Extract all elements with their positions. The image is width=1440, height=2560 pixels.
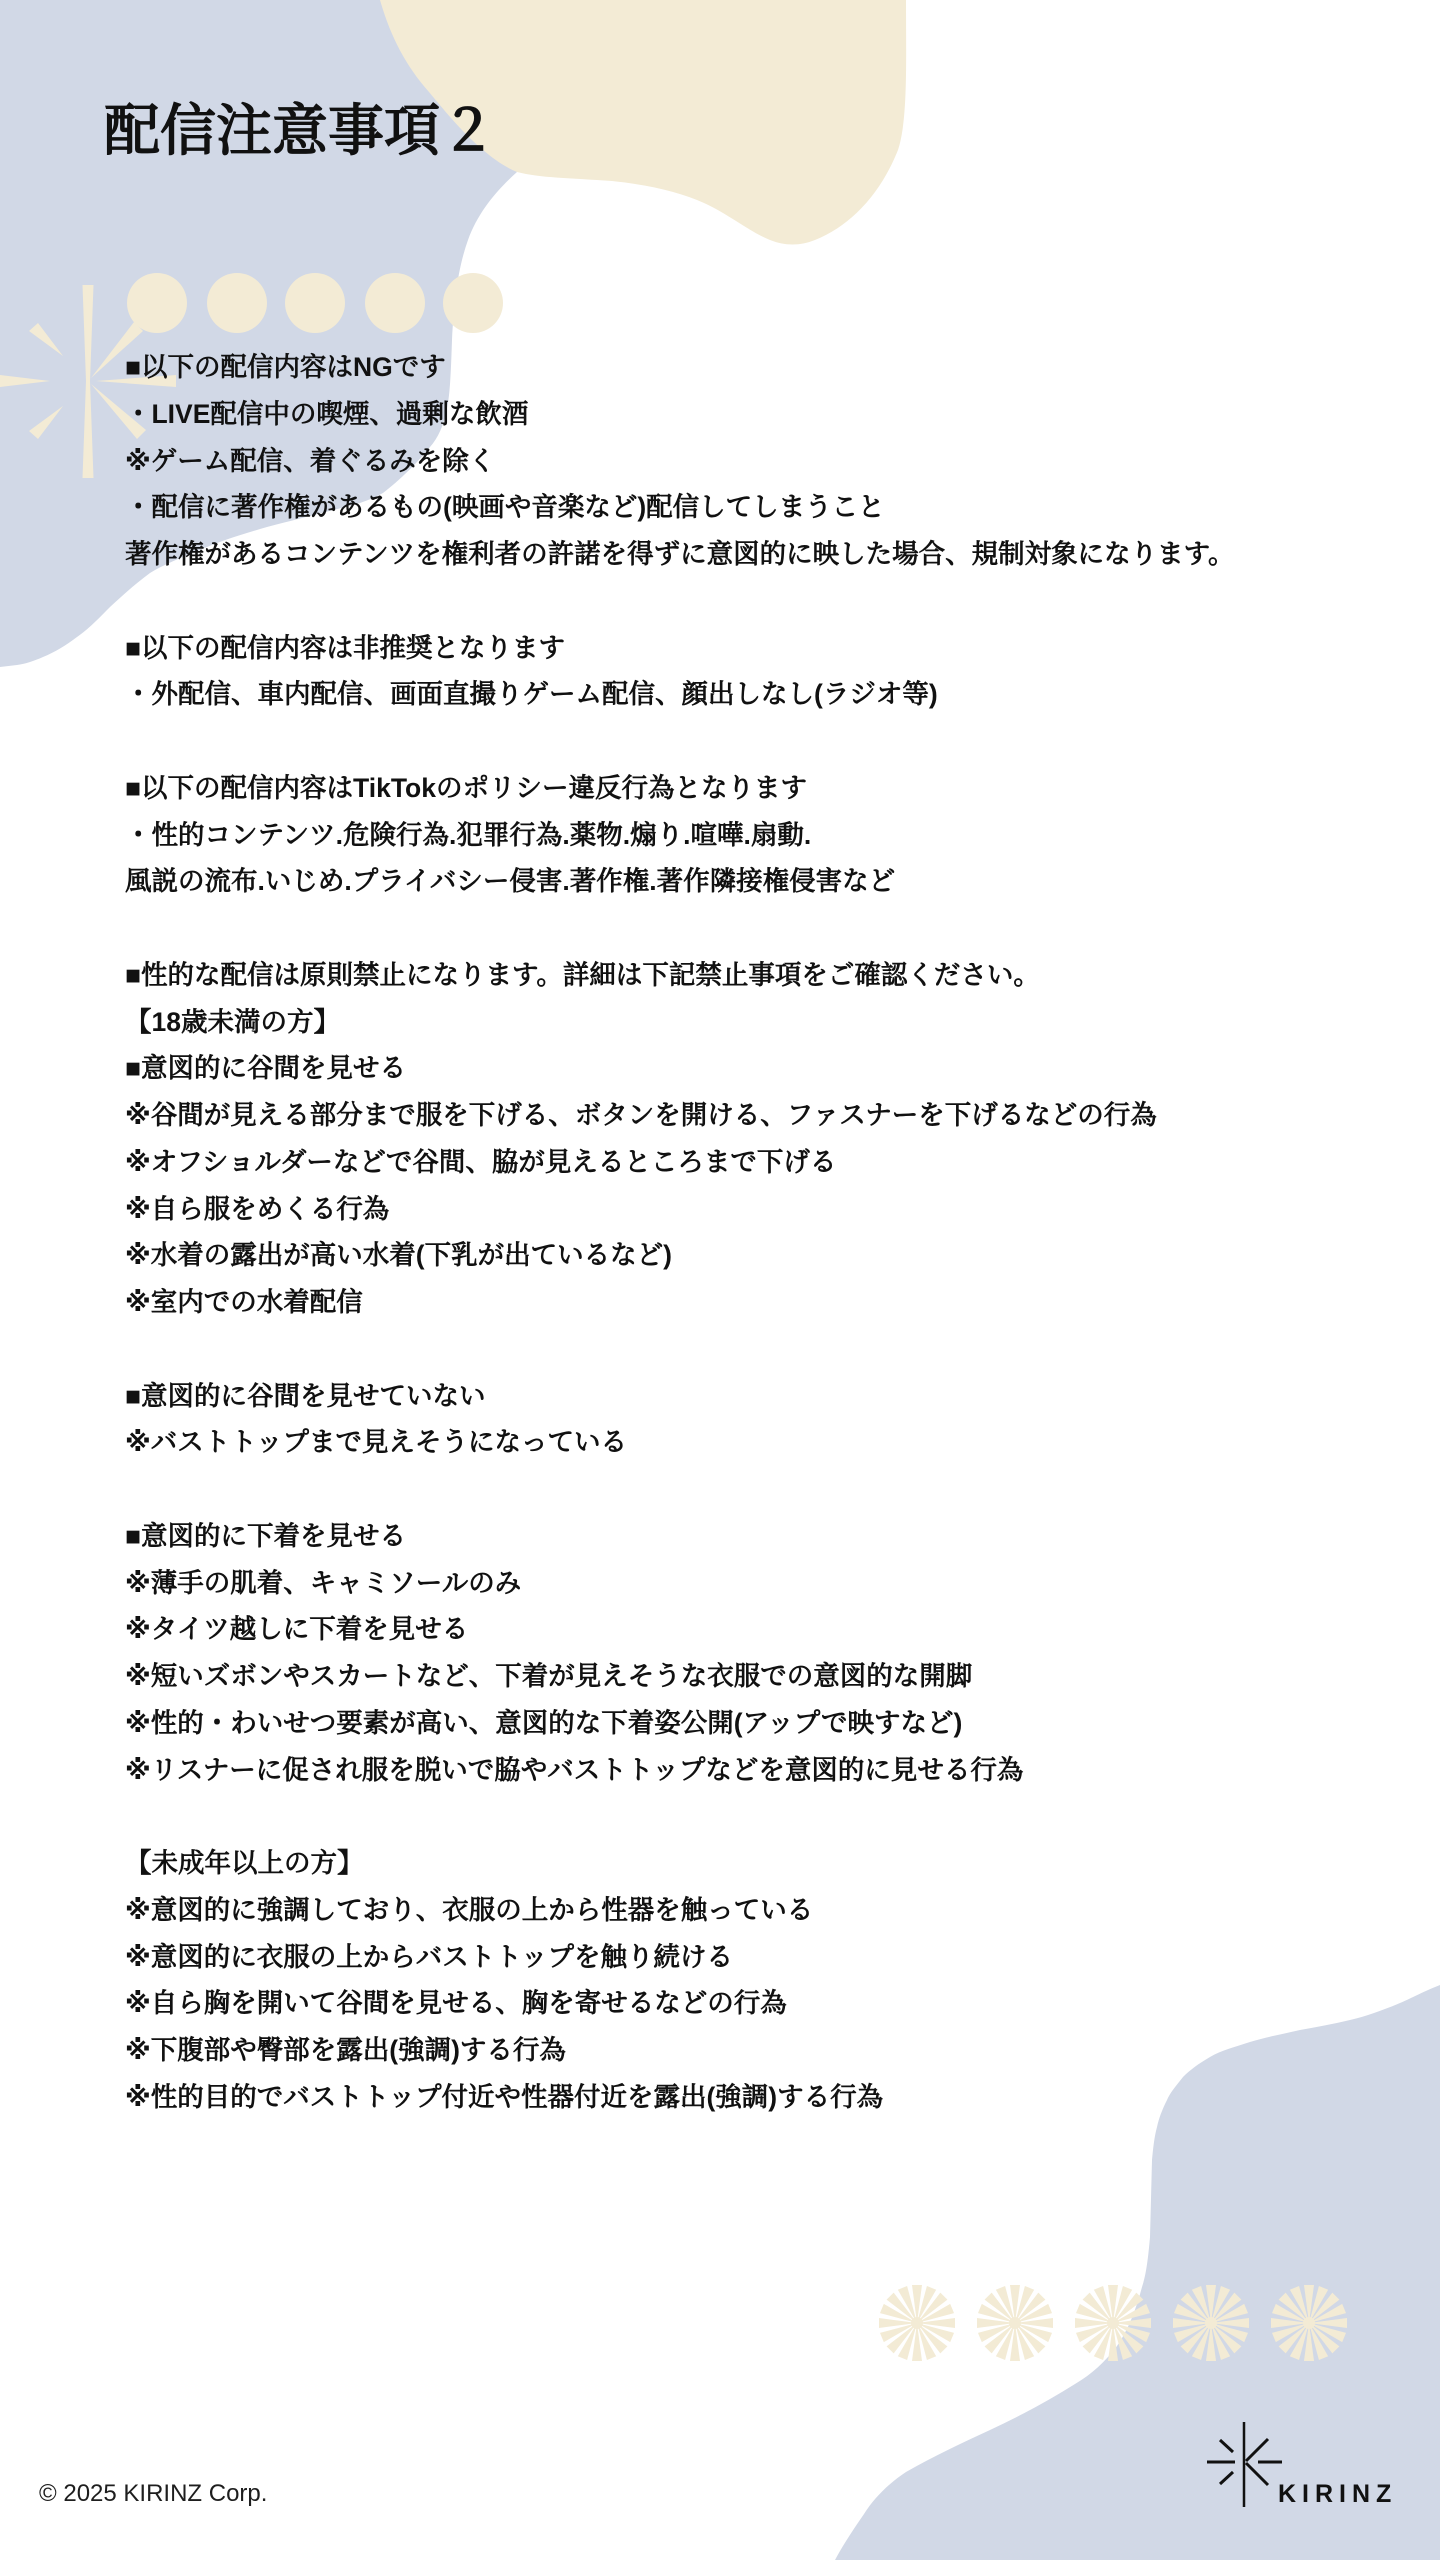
notice-page: 配信注意事項２ ■以下の配信内容はNGです ・LIVE配信中の喫煙、過剰な飲酒 … <box>0 0 1440 2560</box>
section-tiktok-policy: ■以下の配信内容はTikTokのポリシー違反行為となります ・性的コンテンツ.危… <box>125 765 1235 905</box>
list-item: ※意図的に強調しており、衣服の上から性器を触っている <box>125 1887 1235 1934</box>
group-heading: ■意図的に谷間を見せる <box>125 1045 1235 1092</box>
dot-shape <box>285 273 345 333</box>
list-item: ・配信に著作権があるもの(映画や音楽など)配信してしまうこと <box>125 484 1235 531</box>
audience-label-under-18: 【18歳未満の方】 <box>125 999 1235 1046</box>
list-item: ※意図的に衣服の上からバストトップを触り続ける <box>125 1934 1235 1981</box>
blank-line <box>125 905 1235 952</box>
sunburst-icon <box>879 2285 955 2361</box>
notice-body: ■以下の配信内容はNGです ・LIVE配信中の喫煙、過剰な飲酒 ※ゲーム配信、着… <box>125 344 1235 2121</box>
blank-line <box>125 718 1235 765</box>
list-item: ※自ら胸を開いて谷間を見せる、胸を寄せるなどの行為 <box>125 1980 1235 2027</box>
list-item: ・性的コンテンツ.危険行為.犯罪行為.薬物.煽り.喧嘩.扇動. <box>125 812 1235 859</box>
sunburst-icon <box>977 2285 1053 2361</box>
blank-line <box>125 1326 1235 1373</box>
list-item: 著作権があるコンテンツを権利者の許諾を得ずに意図的に映した場合、規制対象になりま… <box>125 531 1235 578</box>
list-item: ※下腹部や臀部を露出(強調)する行為 <box>125 2027 1235 2074</box>
list-item: ※水着の露出が高い水着(下乳が出ているなど) <box>125 1232 1235 1279</box>
section-ng: ■以下の配信内容はNGです ・LIVE配信中の喫煙、過剰な飲酒 ※ゲーム配信、着… <box>125 344 1235 578</box>
audience-label-adult: 【未成年以上の方】 <box>125 1840 1235 1887</box>
list-item: ※性的目的でバストトップ付近や性器付近を露出(強調)する行為 <box>125 2074 1235 2121</box>
list-item: ※室内での水着配信 <box>125 1279 1235 1326</box>
sunburst-icon <box>1271 2285 1347 2361</box>
list-item: 風説の流布.いじめ.プライバシー侵害.著作権.著作隣接権侵害など <box>125 858 1235 905</box>
blank-line <box>125 1793 1235 1840</box>
dot-shape <box>365 273 425 333</box>
blank-line <box>125 1466 1235 1513</box>
section-heading: ■以下の配信内容は非推奨となります <box>125 625 1235 672</box>
sunburst-icon <box>1173 2285 1249 2361</box>
group-no-cleavage: ■意図的に谷間を見せていない ※バストトップまで見えそうになっている <box>125 1373 1235 1467</box>
section-heading: ■以下の配信内容はNGです <box>125 344 1235 391</box>
list-item: ※オフショルダーなどで谷間、脇が見えるところまで下げる <box>125 1139 1235 1186</box>
group-cleavage: ■意図的に谷間を見せる ※谷間が見える部分まで服を下げる、ボタンを開ける、ファス… <box>125 1045 1235 1326</box>
group-adult: 【未成年以上の方】 ※意図的に強調しており、衣服の上から性器を触っている ※意図… <box>125 1840 1235 2121</box>
list-item: ※リスナーに促され服を脱いで脇やバストトップなどを意図的に見せる行為 <box>125 1747 1235 1794</box>
section-not-recommended: ■以下の配信内容は非推奨となります ・外配信、車内配信、画面直撮りゲーム配信、顔… <box>125 625 1235 719</box>
list-item: ※性的・わいせつ要素が高い、意図的な下着姿公開(アップで映すなど) <box>125 1700 1235 1747</box>
list-item: ※谷間が見える部分まで服を下げる、ボタンを開ける、ファスナーを下げるなどの行為 <box>125 1092 1235 1139</box>
blank-line <box>125 578 1235 625</box>
list-item: ・外配信、車内配信、画面直撮りゲーム配信、顔出しなし(ラジオ等) <box>125 671 1235 718</box>
dot-shape <box>443 273 503 333</box>
list-item: ・LIVE配信中の喫煙、過剰な飲酒 <box>125 391 1235 438</box>
list-item: ※薄手の肌着、キャミソールのみ <box>125 1560 1235 1607</box>
group-heading: ■意図的に谷間を見せていない <box>125 1373 1235 1420</box>
list-item: ※短いズボンやスカートなど、下着が見えそうな衣服での意図的な開脚 <box>125 1653 1235 1700</box>
section-heading: ■性的な配信は原則禁止になります。詳細は下記禁止事項をご確認ください。 <box>125 952 1235 999</box>
dot-shape <box>207 273 267 333</box>
list-item: ※バストトップまで見えそうになっている <box>125 1419 1235 1466</box>
list-item: ※ゲーム配信、着ぐるみを除く <box>125 438 1235 485</box>
list-item: ※自ら服をめくる行為 <box>125 1186 1235 1233</box>
sunburst-icon <box>1075 2285 1151 2361</box>
section-heading: ■以下の配信内容はTikTokのポリシー違反行為となります <box>125 765 1235 812</box>
section-sexual-content: ■性的な配信は原則禁止になります。詳細は下記禁止事項をご確認ください。 【18歳… <box>125 952 1235 2121</box>
list-item: ※タイツ越しに下着を見せる <box>125 1606 1235 1653</box>
group-underwear: ■意図的に下着を見せる ※薄手の肌着、キャミソールのみ ※タイツ越しに下着を見せ… <box>125 1513 1235 1794</box>
kirinz-logo-wordmark: KIRINZ <box>1278 2482 1397 2507</box>
group-heading: ■意図的に下着を見せる <box>125 1513 1235 1560</box>
copyright-text: © 2025 KIRINZ Corp. <box>39 2482 267 2506</box>
page-title: 配信注意事項２ <box>104 103 496 159</box>
